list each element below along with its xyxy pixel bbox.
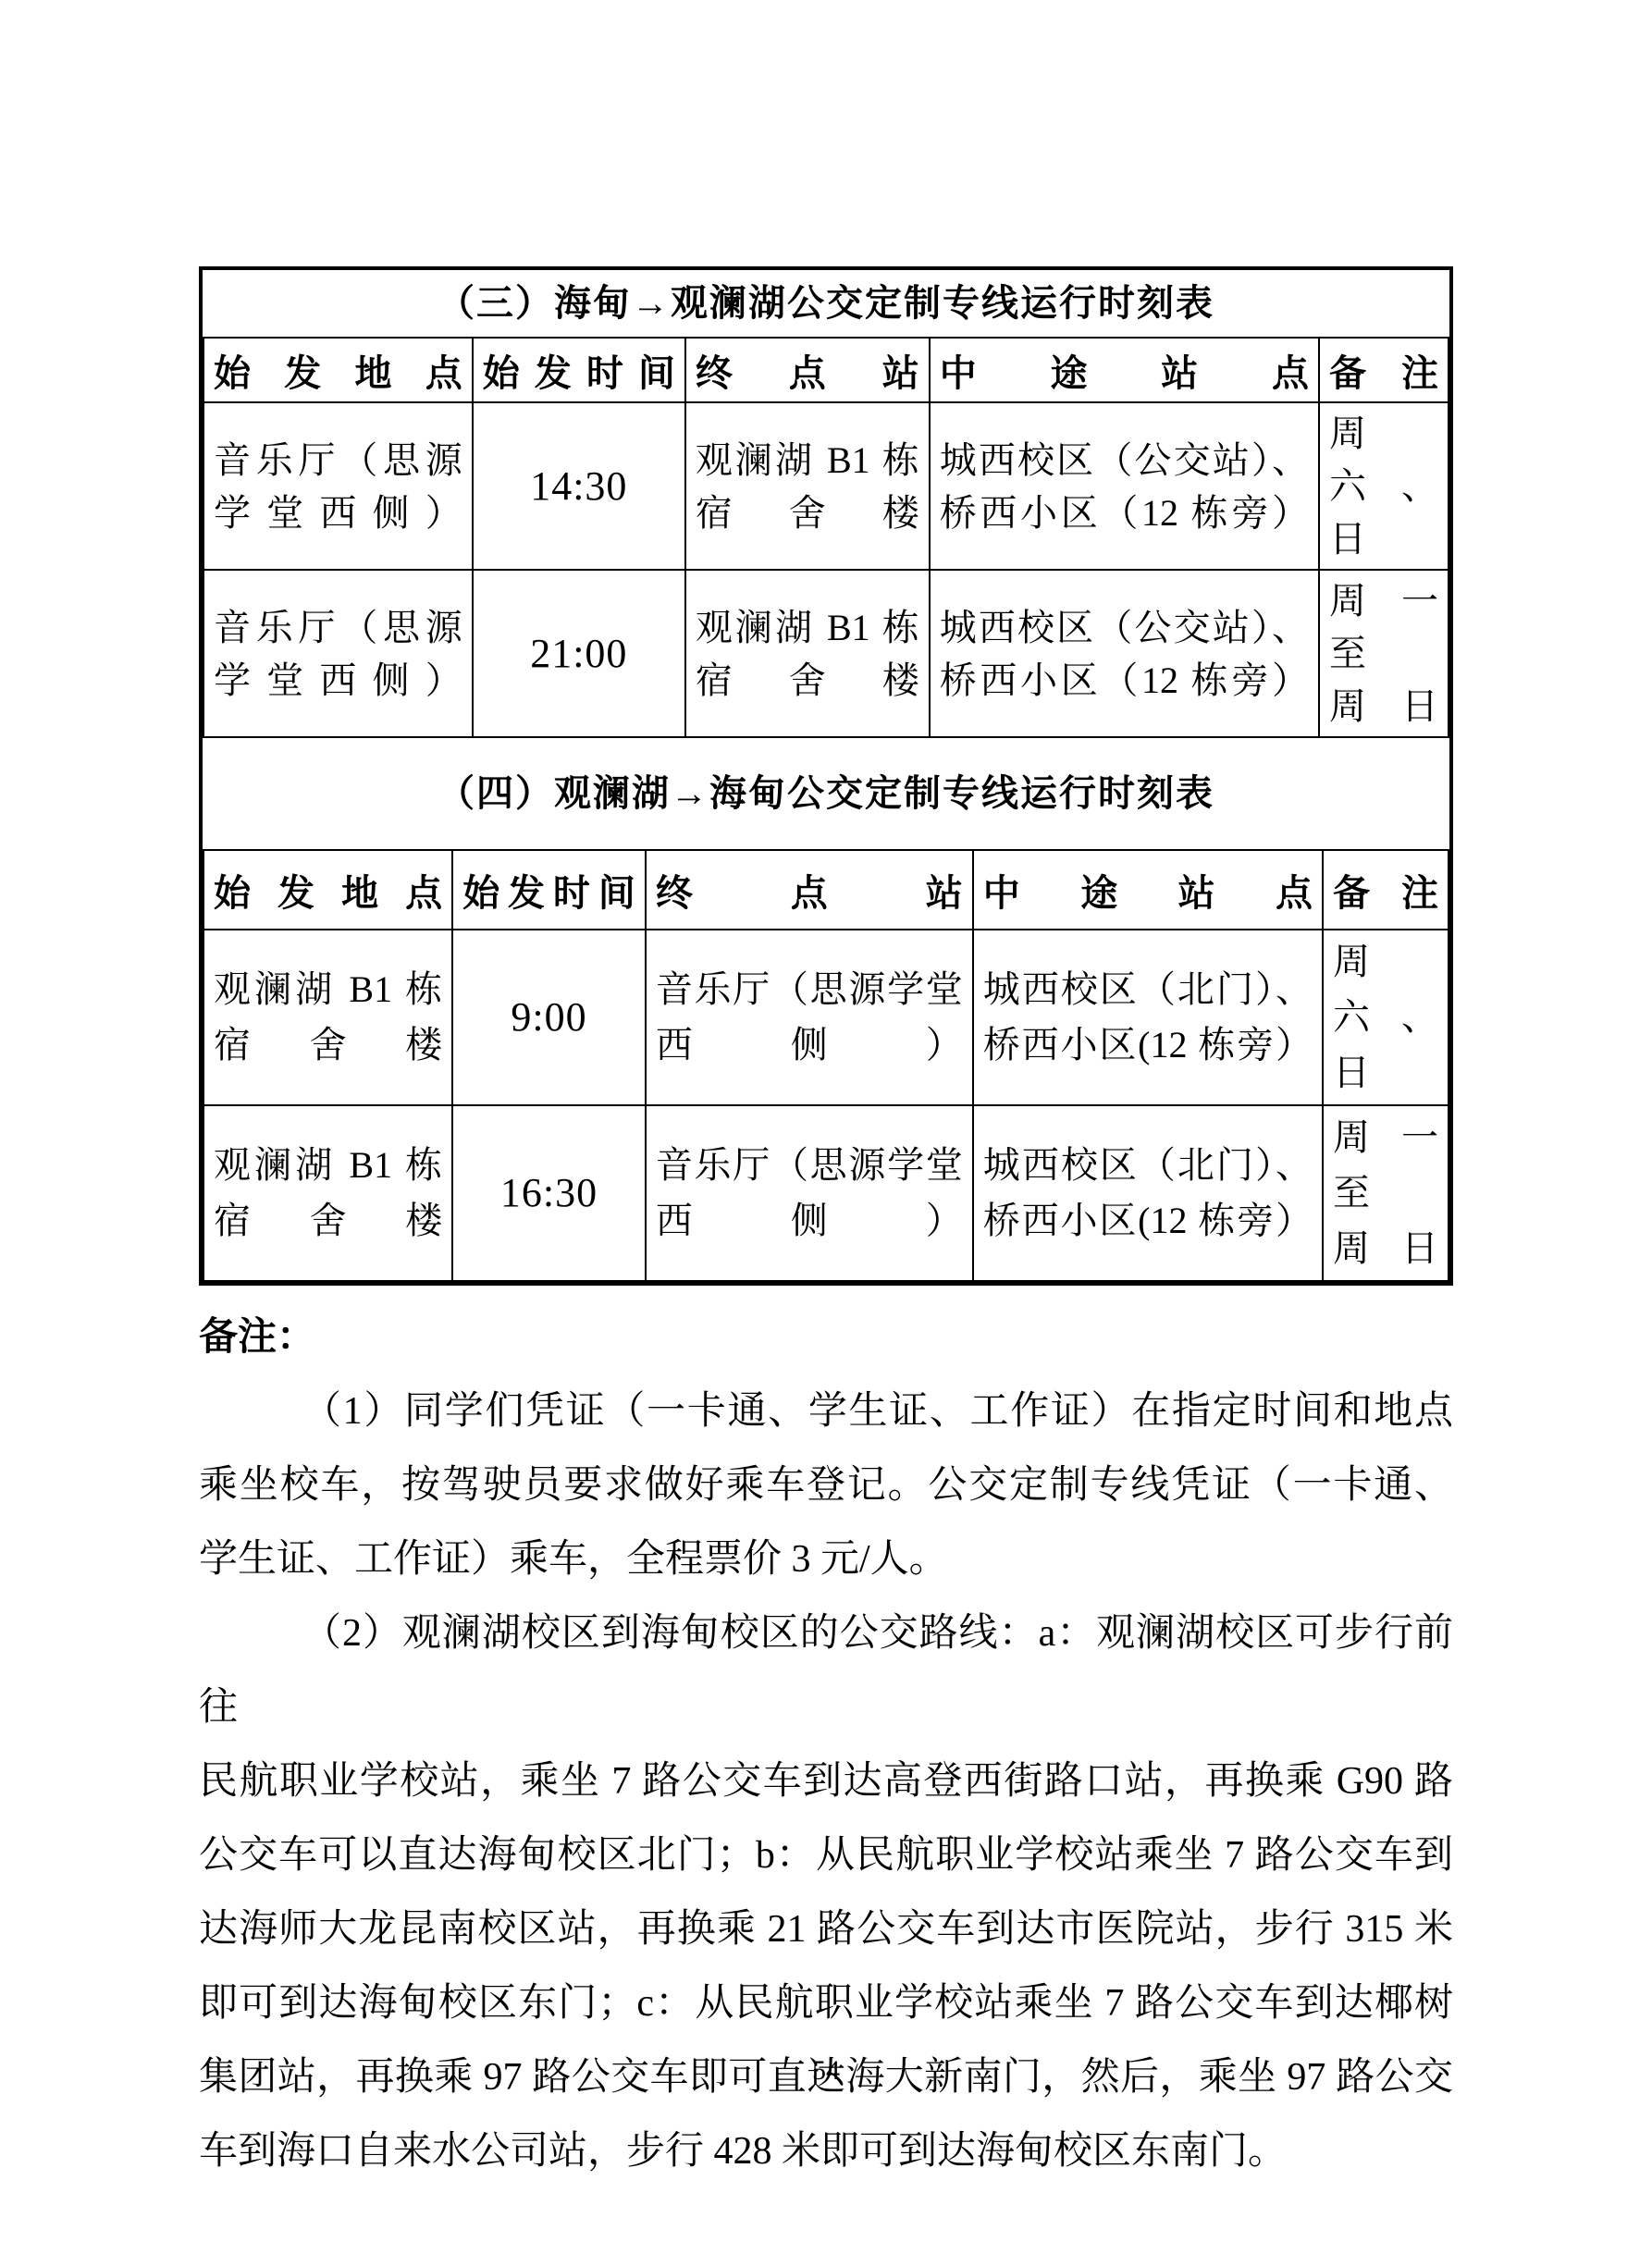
table-cell-remarks: 周一至 周日 <box>1323 1105 1449 1281</box>
table-title-haidian-to-guanlanhu: （三）海甸→观澜湖公交定制专线运行时刻表 <box>203 270 1449 337</box>
table-cell-midway: 城西校区（公交站）、 桥西小区（12 栋旁） <box>930 402 1319 570</box>
table-cell-midway: 城西校区（公交站）、 桥西小区（12 栋旁） <box>930 570 1319 737</box>
table-header-row: 始发地点 始发时间 终点站 中途站点 备注 <box>203 338 1449 402</box>
notes-paragraph-1: （1）同学们凭证（一卡通、学生证、工作证）在指定时间和地点 乘坐校车，按驾驶员要… <box>199 1374 1453 1596</box>
notes-paragraph-line: 公交车可以直达海甸校区北门；b：从民航职业学校站乘坐 7 路公交车到 <box>199 1818 1453 1892</box>
table-cell-midway: 城西校区（北门）、 桥西小区(12 栋旁） <box>973 930 1323 1105</box>
schedule-table-guanlanhu-to-haidian: 始发地点 始发时间 终点站 中途站点 备注 观澜湖 B1 栋 宿舍楼 9:00 … <box>203 849 1449 1282</box>
table-row: 音乐厅（思源 学堂西侧） 21:00 观澜湖 B1 栋 宿舍楼 城西校区（公交站… <box>203 570 1449 737</box>
notes-paragraph-line: 即可到达海甸校区东门；c：从民航职业学校站乘坐 7 路公交车到达椰树 <box>199 1966 1453 2040</box>
column-header-origin: 始发地点 <box>203 338 473 402</box>
table-cell-midway: 城西校区（北门）、 桥西小区(12 栋旁） <box>973 1105 1323 1281</box>
notes-paragraph-line: 达海师大龙昆南校区站，再换乘 21 路公交车到达市医院站，步行 315 米 <box>199 1892 1453 1966</box>
table-cell-remarks: 周六、 日 <box>1319 402 1449 570</box>
table-cell-time: 16:30 <box>452 1105 646 1281</box>
table-cell-remarks: 周一至 周日 <box>1319 570 1449 737</box>
table-title-guanlanhu-to-haidian: （四）观澜湖→海甸公交定制专线运行时刻表 <box>203 738 1449 849</box>
table-cell-terminal: 观澜湖 B1 栋 宿舍楼 <box>685 402 930 570</box>
notes-label: 备注： <box>199 1300 1453 1374</box>
table-cell-remarks: 周六、 日 <box>1323 930 1449 1105</box>
notes-paragraph-line: （2）观澜湖校区到海甸校区的公交路线：a：观澜湖校区可步行前往 <box>199 1596 1453 1744</box>
table-cell-time: 9:00 <box>452 930 646 1105</box>
column-header-terminal: 终点站 <box>685 338 930 402</box>
column-header-departure-time: 始发时间 <box>473 338 685 402</box>
notes-paragraph-line: 车到海口自来水公司站，步行 428 米即可到达海甸校区东南门。 <box>199 2114 1453 2188</box>
column-header-origin: 始发地点 <box>203 850 452 930</box>
table-header-row: 始发地点 始发时间 终点站 中途站点 备注 <box>203 850 1449 930</box>
table-cell-terminal: 音乐厅（思源学堂 西侧） <box>646 1105 973 1281</box>
column-header-remarks: 备注 <box>1319 338 1449 402</box>
table-row: 观澜湖 B1 栋 宿舍楼 16:30 音乐厅（思源学堂 西侧） 城西校区（北门）… <box>203 1105 1449 1281</box>
column-header-midway-stops: 中途站点 <box>930 338 1319 402</box>
table-cell-origin: 音乐厅（思源 学堂西侧） <box>203 570 473 737</box>
document-page: （三）海甸→观澜湖公交定制专线运行时刻表 始发地点 始发时间 终点站 中途站点 … <box>199 266 1453 2188</box>
column-header-remarks: 备注 <box>1323 850 1449 930</box>
table-row: 音乐厅（思源 学堂西侧） 14:30 观澜湖 B1 栋 宿舍楼 城西校区（公交站… <box>203 402 1449 570</box>
table-cell-terminal: 音乐厅（思源学堂 西侧） <box>646 930 973 1105</box>
notes-paragraph-line: 乘坐校车，按驾驶员要求做好乘车登记。公交定制专线凭证（一卡通、 <box>199 1448 1453 1522</box>
schedule-table-haidian-to-guanlanhu: 始发地点 始发时间 终点站 中途站点 备注 音乐厅（思源 学堂西侧） 14:30… <box>203 337 1449 738</box>
table-cell-origin: 观澜湖 B1 栋 宿舍楼 <box>203 930 452 1105</box>
notes-paragraph-line: 学生证、工作证）乘车，全程票价 3 元/人。 <box>199 1522 1453 1596</box>
notes-paragraph-line: （1）同学们凭证（一卡通、学生证、工作证）在指定时间和地点 <box>199 1374 1453 1448</box>
column-header-departure-time: 始发时间 <box>452 850 646 930</box>
notes-paragraph-line: 民航职业学校站，乘坐 7 路公交车到达高登西街路口站，再换乘 G90 路 <box>199 1744 1453 1818</box>
page-number: 54 <box>0 2055 1652 2087</box>
table-cell-terminal: 观澜湖 B1 栋 宿舍楼 <box>685 570 930 737</box>
table-cell-origin: 音乐厅（思源 学堂西侧） <box>203 402 473 570</box>
schedule-tables-container: （三）海甸→观澜湖公交定制专线运行时刻表 始发地点 始发时间 终点站 中途站点 … <box>199 266 1453 1286</box>
notes-paragraph-2: （2）观澜湖校区到海甸校区的公交路线：a：观澜湖校区可步行前往 民航职业学校站，… <box>199 1596 1453 2188</box>
table-cell-time: 21:00 <box>473 570 685 737</box>
column-header-terminal: 终点站 <box>646 850 973 930</box>
column-header-midway-stops: 中途站点 <box>973 850 1323 930</box>
table-cell-origin: 观澜湖 B1 栋 宿舍楼 <box>203 1105 452 1281</box>
table-row: 观澜湖 B1 栋 宿舍楼 9:00 音乐厅（思源学堂 西侧） 城西校区（北门）、… <box>203 930 1449 1105</box>
table-cell-time: 14:30 <box>473 402 685 570</box>
